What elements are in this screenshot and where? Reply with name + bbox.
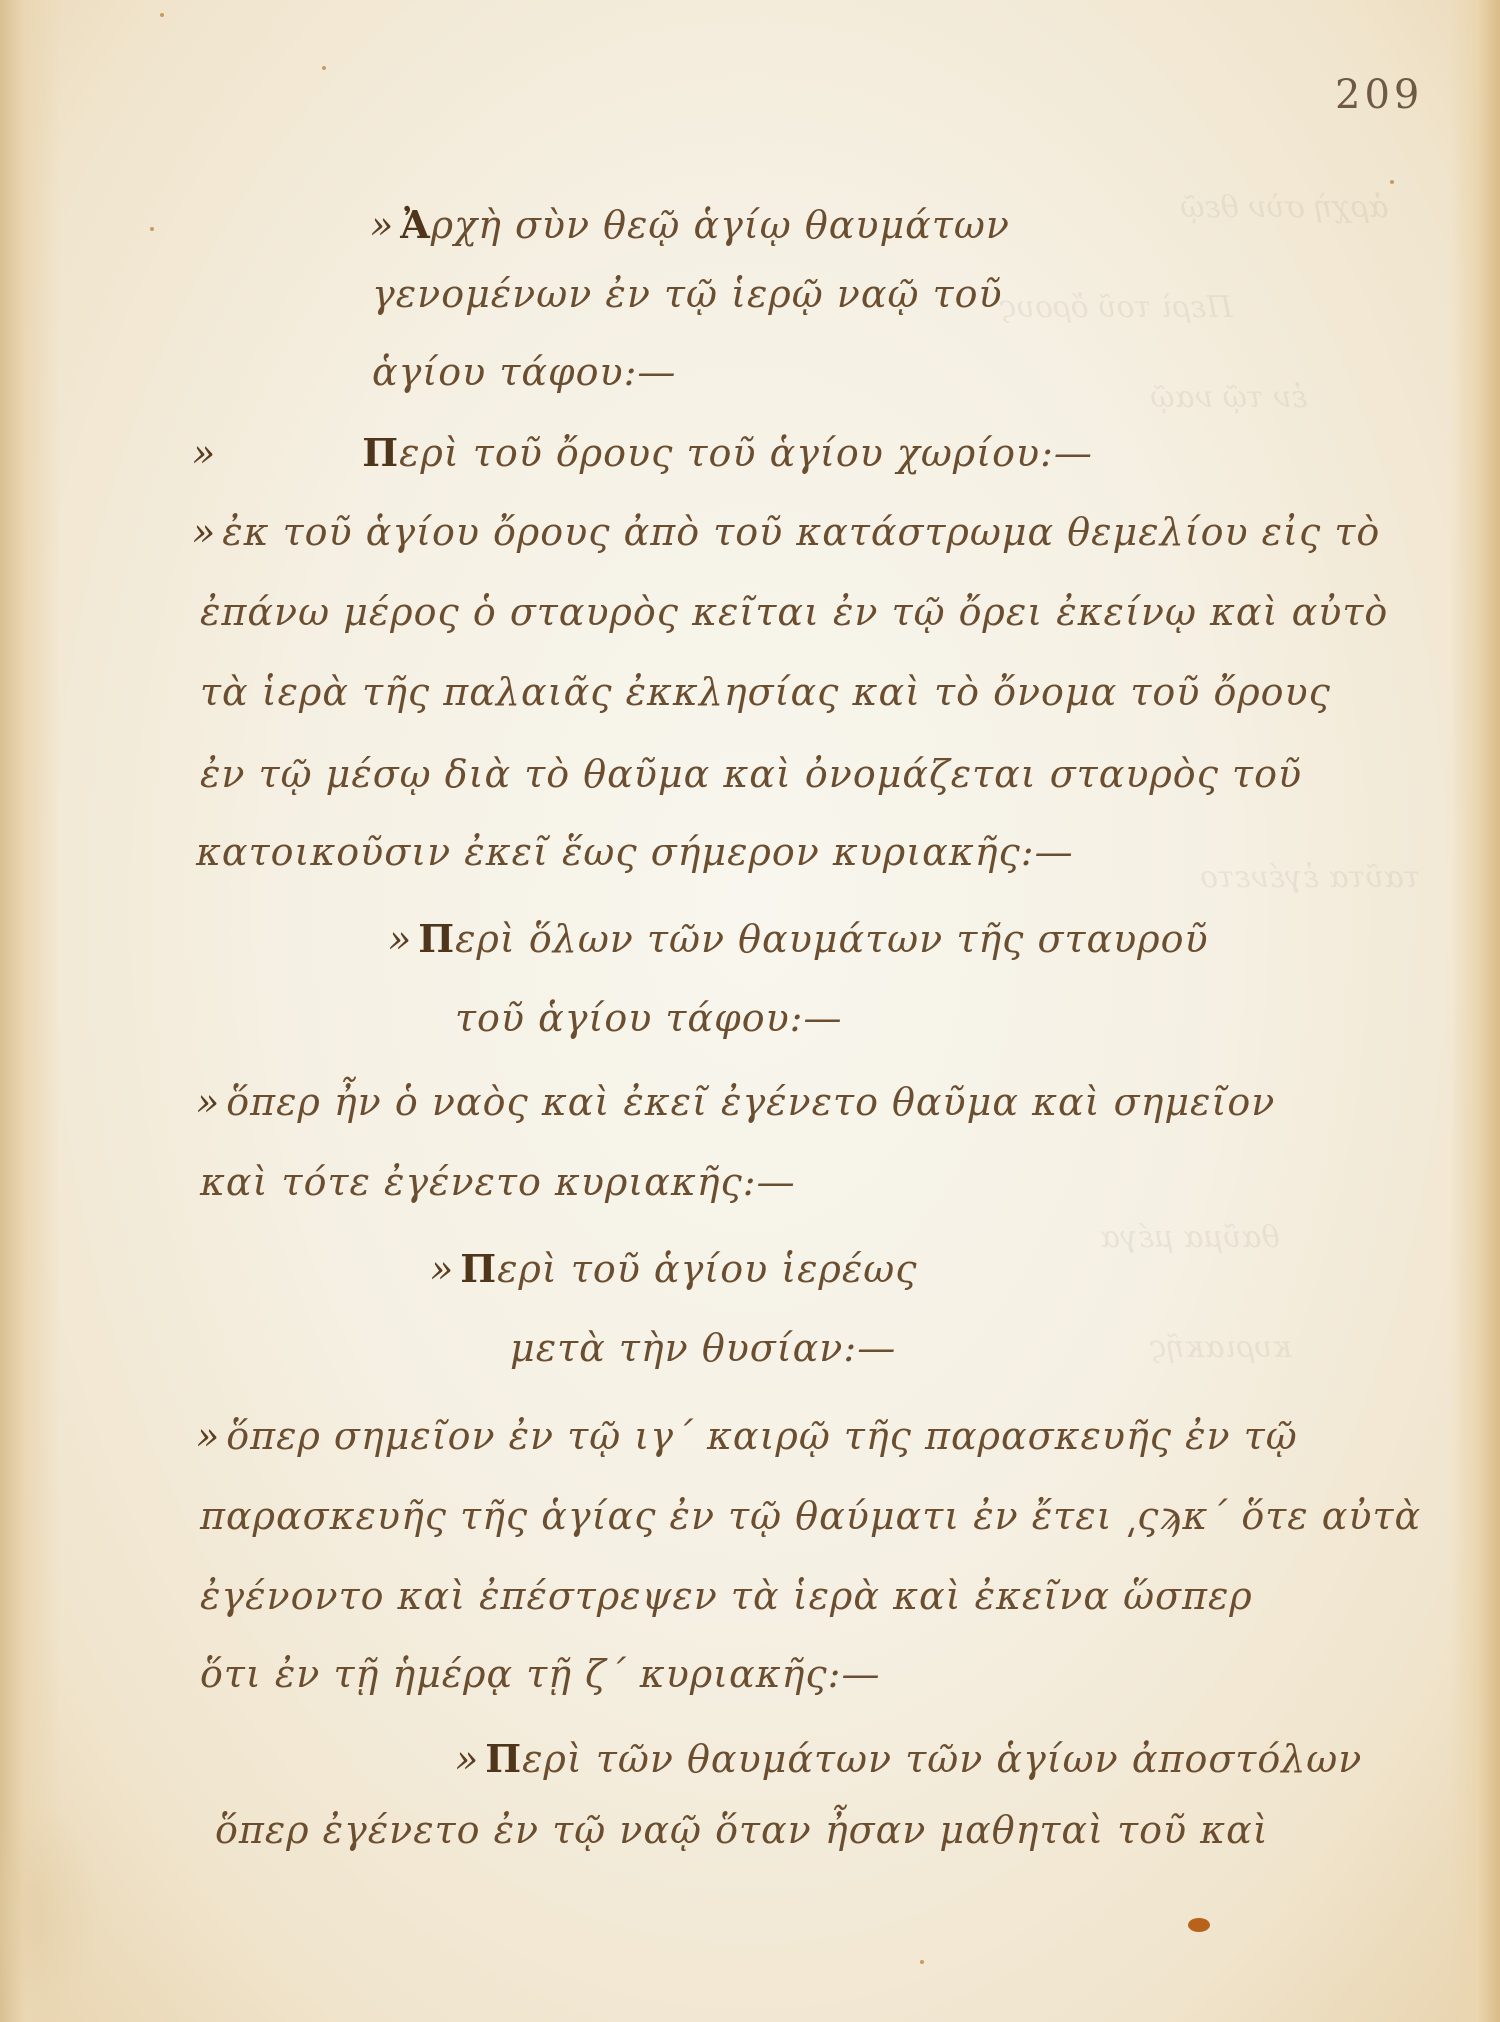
initial-letter: Π	[362, 430, 399, 475]
line-text: ρχὴ σὺν θεῷ ἁγίῳ θαυμάτων	[431, 203, 1010, 247]
quotation-mark: »	[192, 510, 216, 554]
line-text: ἐκ τοῦ ἁγίου ὄρους ἀπὸ τοῦ κατάστρωμα θε…	[222, 510, 1380, 554]
line-text: ερὶ τοῦ ἁγίου ἱερέως	[497, 1247, 917, 1291]
manuscript-line: »ὅπερ σημεῖον ἐν τῷ ιγ΄ καιρῷ τῆς παρασκ…	[196, 1414, 1298, 1458]
line-text: ερὶ τῶν θαυμάτων τῶν ἁγίων ἀποστόλων	[522, 1737, 1362, 1781]
manuscript-heading: »Περὶ τῶν θαυμάτων τῶν ἁγίων ἀποστόλων	[455, 1736, 1362, 1781]
show-through-text: ἐν τῷ ναῷ	[1150, 380, 1307, 415]
manuscript-heading: »Περὶ τοῦ ἁγίου ἱερέως	[430, 1246, 918, 1291]
line-text: ερὶ ὅλων τῶν θαυμάτων τῆς σταυροῦ	[455, 917, 1208, 961]
page-edge-left	[0, 0, 60, 2022]
show-through-text: Περὶ τοῦ ὄρους	[1000, 290, 1232, 325]
quotation-mark: »	[455, 1737, 479, 1781]
manuscript-line: »ὅπερ ἦν ὁ ναὸς καὶ ἐκεῖ ἐγένετο θαῦμα κ…	[196, 1080, 1275, 1124]
manuscript-heading: »Περὶ ὅλων τῶν θαυμάτων τῆς σταυροῦ	[388, 916, 1209, 961]
initial-letter: Π	[485, 1736, 522, 1781]
quotation-mark: »	[192, 431, 216, 475]
quotation-mark: »	[430, 1247, 454, 1291]
show-through-text: ἀρχὴ σὺν θεῷ	[1180, 190, 1389, 225]
quotation-mark: »	[196, 1414, 220, 1458]
quotation-mark: »	[196, 1080, 220, 1124]
manuscript-line: ἐγένοντο καὶ ἐπέστρεψεν τὰ ἱερὰ καὶ ἐκεῖ…	[200, 1574, 1253, 1618]
line-text: γενομένων ἐν τῷ ἱερῷ ναῷ τοῦ	[372, 272, 1003, 316]
manuscript-line: »ἐκ τοῦ ἁγίου ὄρους ἀπὸ τοῦ κατάστρωμα θ…	[192, 510, 1380, 554]
manuscript-line: κατοικοῦσιν ἐκεῖ ἕως σήμερον κυριακῆς:—	[196, 830, 1074, 874]
foxing-spot	[322, 66, 326, 70]
page-edge-right	[1450, 0, 1500, 2022]
show-through-text: ταῦτα ἐγένετο	[1200, 860, 1421, 895]
show-through-text: κυριακῆς	[1150, 1330, 1292, 1365]
manuscript-heading: μετὰ τὴν θυσίαν:—	[510, 1326, 896, 1370]
manuscript-line: καὶ τότε ἐγένετο κυριακῆς:—	[200, 1160, 796, 1204]
water-stain	[0, 1802, 100, 2022]
line-text: ερὶ τοῦ ὄρους τοῦ ἁγίου χωρίου:—	[399, 431, 1093, 475]
manuscript-page: ἀρχὴ σὺν θεῷ Περὶ τοῦ ὄρους ἐν τῷ ναῷ τα…	[0, 0, 1500, 2022]
line-text: ἁγίου τάφου:—	[372, 350, 676, 394]
line-text: ἐν τῷ μέσῳ διὰ τὸ θαῦμα καὶ ὀνομάζεται σ…	[200, 752, 1302, 796]
line-text: ὅπερ ἐγένετο ἐν τῷ ναῷ ὅταν ἦσαν μαθηταὶ…	[215, 1808, 1269, 1852]
manuscript-line: »Ἀρχὴ σὺν θεῷ ἁγίῳ θαυμάτων	[370, 202, 1010, 247]
line-text: κατοικοῦσιν ἐκεῖ ἕως σήμερον κυριακῆς:—	[196, 830, 1074, 874]
initial-letter: Π	[460, 1246, 497, 1291]
manuscript-line: ἐν τῷ μέσῳ διὰ τὸ θαῦμα καὶ ὀνομάζεται σ…	[200, 752, 1302, 796]
line-text: ὅπερ ἦν ὁ ναὸς καὶ ἐκεῖ ἐγένετο θαῦμα κα…	[226, 1080, 1275, 1124]
manuscript-heading: τοῦ ἁγίου τάφου:—	[455, 996, 842, 1040]
line-text: μετὰ τὴν θυσίαν:—	[510, 1326, 896, 1370]
foxing-spot	[160, 13, 164, 17]
line-text: ἐγένοντο καὶ ἐπέστρεψεν τὰ ἱερὰ καὶ ἐκεῖ…	[200, 1574, 1253, 1618]
folio-number: 209	[1335, 72, 1423, 118]
manuscript-heading: »Περὶ τοῦ ὄρους τοῦ ἁγίου χωρίου:—	[192, 430, 1093, 475]
quotation-mark: »	[370, 203, 394, 247]
manuscript-line: ὅπερ ἐγένετο ἐν τῷ ναῷ ὅταν ἦσαν μαθηταὶ…	[215, 1808, 1269, 1852]
manuscript-line: παρασκευῆς τῆς ἁγίας ἐν τῷ θαύματι ἐν ἔτ…	[200, 1494, 1421, 1538]
initial-letter: Π	[418, 916, 455, 961]
initial-letter: Ἀ	[400, 202, 430, 247]
line-text: καὶ τότε ἐγένετο κυριακῆς:—	[200, 1160, 796, 1204]
manuscript-line: τὰ ἱερὰ τῆς παλαιᾶς ἐκκλησίας καὶ τὸ ὄνο…	[200, 670, 1331, 714]
manuscript-line: ὅτι ἐν τῇ ἡμέρᾳ τῇ ζ΄ κυριακῆς:—	[200, 1652, 881, 1696]
manuscript-line: ἐπάνω μέρος ὁ σταυρὸς κεῖται ἐν τῷ ὄρει …	[200, 590, 1388, 634]
line-text: ὅτι ἐν τῇ ἡμέρᾳ τῇ ζ΄ κυριακῆς:—	[200, 1652, 881, 1696]
line-text: τοῦ ἁγίου τάφου:—	[455, 996, 842, 1040]
line-text: ἐπάνω μέρος ὁ σταυρὸς κεῖται ἐν τῷ ὄρει …	[200, 590, 1388, 634]
show-through-text: θαῦμα μέγα	[1100, 1220, 1280, 1255]
manuscript-line: ἁγίου τάφου:—	[372, 350, 676, 394]
quotation-mark: »	[388, 917, 412, 961]
foxing-spot	[1390, 180, 1394, 184]
manuscript-line: γενομένων ἐν τῷ ἱερῷ ναῷ τοῦ	[372, 272, 1003, 316]
ink-spot	[1188, 1918, 1210, 1932]
line-text: τὰ ἱερὰ τῆς παλαιᾶς ἐκκλησίας καὶ τὸ ὄνο…	[200, 670, 1331, 714]
line-text: παρασκευῆς τῆς ἁγίας ἐν τῷ θαύματι ἐν ἔτ…	[200, 1494, 1421, 1538]
line-text: ὅπερ σημεῖον ἐν τῷ ιγ΄ καιρῷ τῆς παρασκε…	[226, 1414, 1298, 1458]
foxing-spot	[150, 227, 154, 231]
foxing-spot	[920, 1960, 924, 1964]
